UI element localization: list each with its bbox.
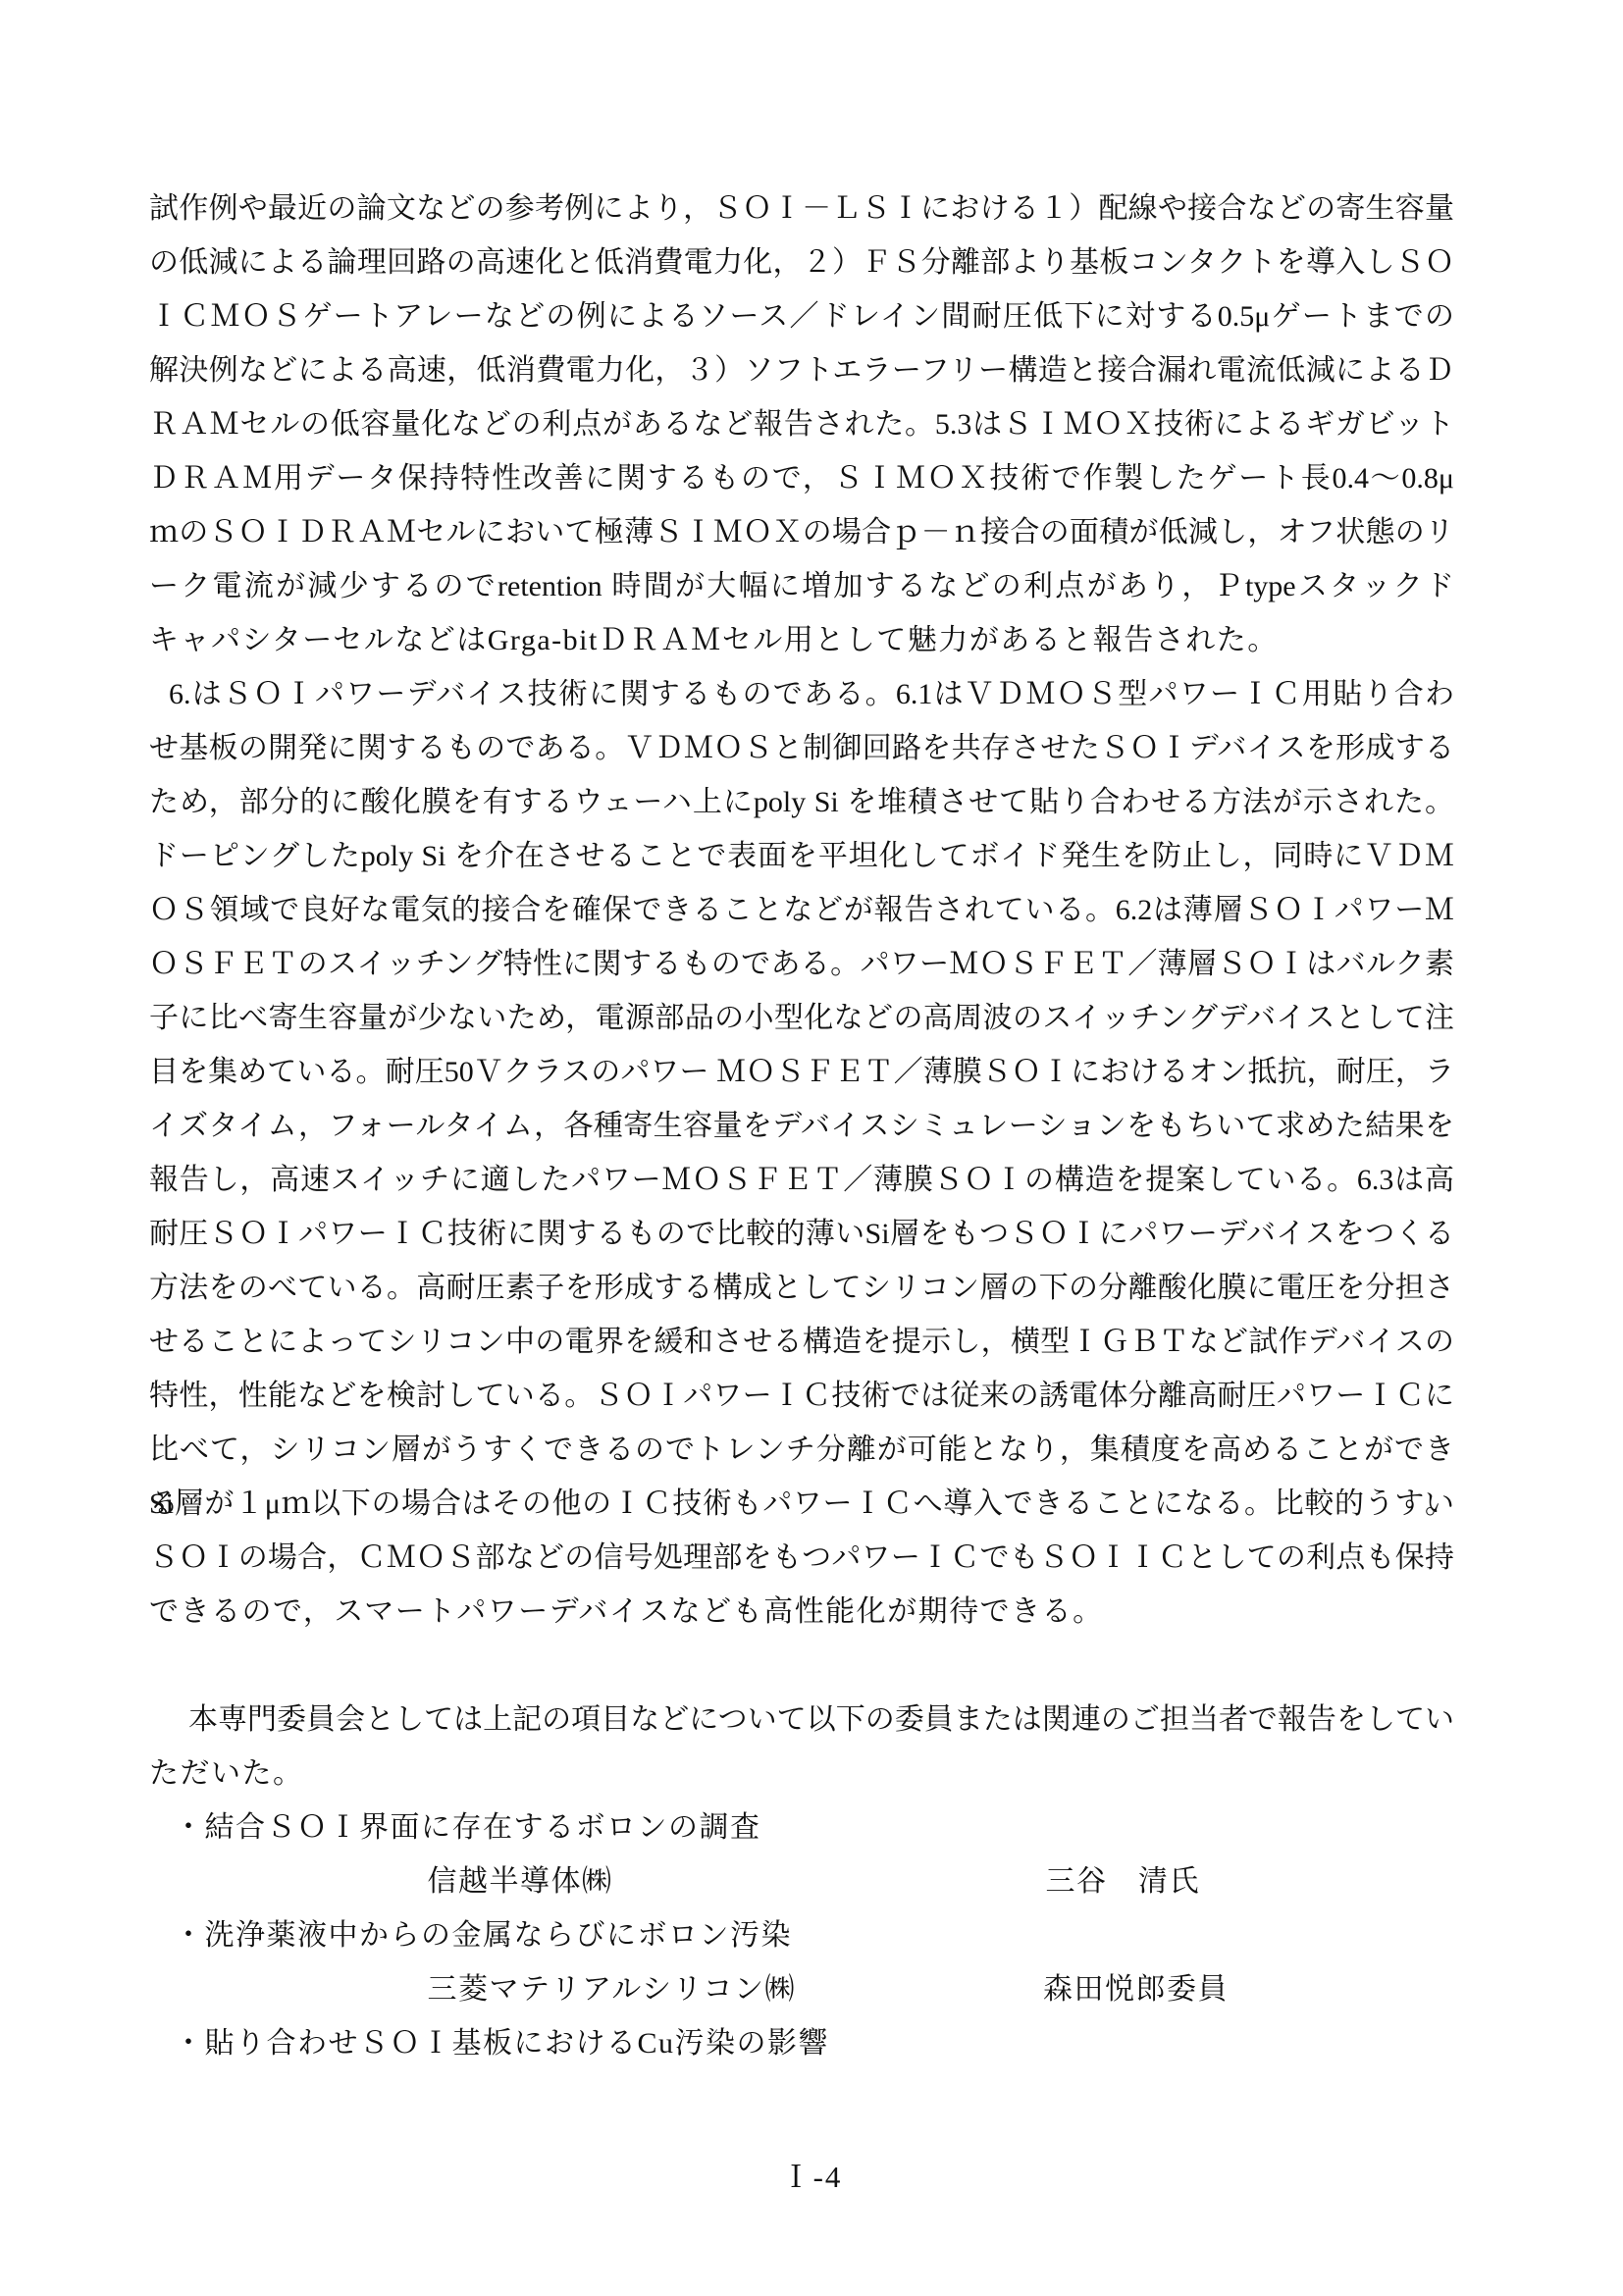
text-line: ＯＳ領域で良好な電気的接合を確保できることなどが報告されている。6.2は薄層ＳＯ… — [149, 883, 1454, 937]
text-line: ーク電流が減少するのでretention 時間が大幅に増加するなどの利点があり，… — [149, 559, 1454, 613]
text-line: キャパシターセルなどはGrga-bitＤＲＡＭセル用として魅力があると報告された… — [149, 613, 1454, 667]
text-line: 特性，性能などを検討している。ＳＯＩパワーＩＣ技術では従来の誘電体分離高耐圧パワ… — [149, 1369, 1454, 1423]
text-line: ＩＣＭＯＳゲートアレーなどの例によるソース／ドレイン間耐圧低下に対する0.5μゲ… — [149, 289, 1454, 343]
text-line: ため，部分的に酸化膜を有するウェーハ上にpoly Si を堆積させて貼り合わせる… — [149, 775, 1454, 829]
text-line: 6.はＳＯＩパワーデバイス技術に関するものである。6.1はＶＤＭＯＳ型パワーＩＣ… — [149, 667, 1454, 721]
text-line: ・洗浄薬液中からの金属ならびにボロン汚染 — [149, 1908, 1454, 1962]
text-line: ｍのＳＯＩＤＲＡＭセルにおいて極薄ＳＩＭＯＸの場合ｐ－ｎ接合の面積が低減し，オフ… — [149, 505, 1454, 559]
text-line: イズタイム，フォールタイム，各種寄生容量をデバイスシミュレーションをもちいて求め… — [149, 1099, 1454, 1153]
text-line: の低減による論理回路の高速化と低消費電力化，２）ＦＳ分離部より基板コンタクトを導… — [149, 235, 1454, 289]
text-line: せることによってシリコン中の電界を緩和させる構造を提示し，横型ＩＧＢＴなど試作デ… — [149, 1315, 1454, 1369]
text-line: Si層が１μｍ以下の場合はその他のＩＣ技術もパワーＩＣへ導入できることになる。比… — [149, 1477, 1454, 1531]
text-line: ＲＡＭセルの低容量化などの利点があるなど報告された。5.3はＳＩＭＯＸ技術による… — [149, 397, 1454, 451]
text-line: 目を集めている。耐圧50Ｖクラスのパワー ＭＯＳＦＥＴ／薄膜ＳＯＩにおけるオン抵… — [149, 1045, 1454, 1099]
text-line: ＤＲＡＭ用データ保持特性改善に関するもので，ＳＩＭＯＸ技術で作製したゲート長0.… — [149, 451, 1454, 505]
text-line — [149, 1639, 1454, 1693]
text-line: 信越半導体㈱ 三谷 清氏 — [149, 1854, 1454, 1908]
text-line: 試作例や最近の論文などの参考例により，ＳＯＩ－ＬＳＩにおける１）配線や接合などの… — [149, 182, 1454, 235]
text-line: できるので，スマートパワーデバイスなども高性能化が期待できる。 — [149, 1585, 1454, 1639]
text-line: 耐圧ＳＯＩパワーＩＣ技術に関するもので比較的薄いSi層をもつＳＯＩにパワーデバイ… — [149, 1207, 1454, 1261]
text-line: 本専門委員会としては上記の項目などについて以下の委員または関連のご担当者で報告を… — [149, 1693, 1454, 1747]
text-line: 子に比べ寄生容量が少ないため，電源部品の小型化などの高周波のスイッチングデバイス… — [149, 991, 1454, 1045]
text-line: ただいた。 — [149, 1747, 1454, 1800]
text-line: ・結合ＳＯＩ界面に存在するボロンの調査 — [149, 1800, 1454, 1854]
text-line: ドーピングしたpoly Si を介在させることで表面を平坦化してボイド発生を防止… — [149, 829, 1454, 883]
text-line: ＯＳＦＥＴのスイッチング特性に関するものである。パワーＭＯＳＦＥＴ／薄層ＳＯＩは… — [149, 937, 1454, 991]
text-line: 報告し，高速スイッチに適したパワーＭＯＳＦＥＴ／薄膜ＳＯＩの構造を提案している。… — [149, 1153, 1454, 1207]
text-line: 解決例などによる高速，低消費電力化，３）ソフトエラーフリー構造と接合漏れ電流低減… — [149, 343, 1454, 397]
text-line: ・貼り合わせＳＯＩ基板におけるCu汚染の影響 — [149, 2016, 1454, 2070]
body-text: 試作例や最近の論文などの参考例により，ＳＯＩ－ＬＳＩにおける１）配線や接合などの… — [149, 182, 1454, 2070]
text-line: 方法をのべている。高耐圧素子を形成する構成としてシリコン層の下の分離酸化膜に電圧… — [149, 1261, 1454, 1315]
page-number: Ｉ-4 — [0, 2152, 1623, 2196]
text-line: 比べて，シリコン層がうすくできるのでトレンチ分離が可能となり，集積度を高めること… — [149, 1423, 1454, 1477]
text-line: 三菱マテリアルシリコン㈱ 森田悦郎委員 — [149, 1962, 1454, 2016]
text-line: せ基板の開発に関するものである。ＶＤＭＯＳと制御回路を共存させたＳＯＩデバイスを… — [149, 721, 1454, 775]
text-line: ＳＯＩの場合，ＣＭＯＳ部などの信号処理部をもつパワーＩＣでもＳＯＩＩＣとしての利… — [149, 1531, 1454, 1585]
scanned-document-page: 試作例や最近の論文などの参考例により，ＳＯＩ－ＬＳＩにおける１）配線や接合などの… — [0, 0, 1623, 2296]
